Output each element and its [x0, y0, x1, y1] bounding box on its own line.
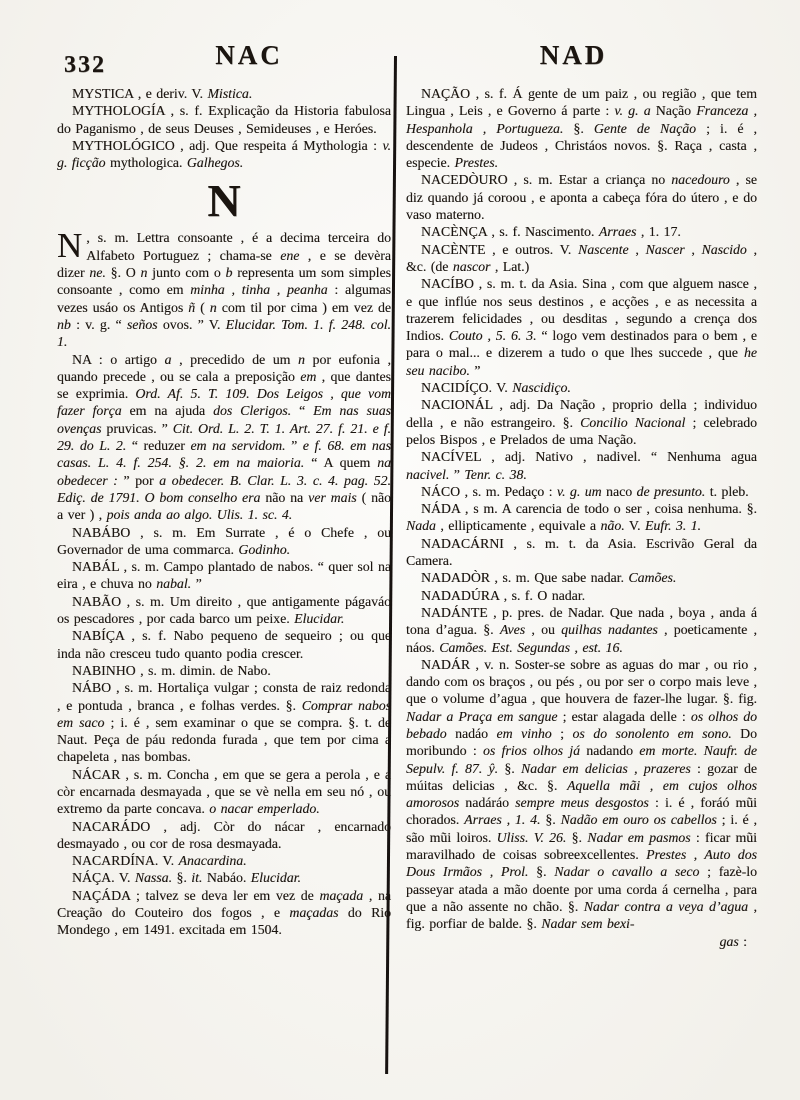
- dictionary-entry: NACIONÁL , adj. Da Nação , proprio della…: [406, 396, 757, 448]
- right-column-entries: NAÇÃO , s. f. Á gente de um paiz , ou re…: [406, 85, 757, 933]
- dictionary-entry: NÁÇA. V. Nassa. §. it. Nabáo. Elucidar.: [57, 869, 391, 886]
- left-column-intro: MYSTICA , e deriv. V. Mistica.MYTHOLOGÍA…: [57, 85, 391, 171]
- dictionary-entry: NACÈNTE , e outros. V. Nascente , Nascer…: [406, 241, 757, 276]
- running-head-right: NAD: [398, 40, 749, 71]
- dictionary-entry: NABÁBO , s. m. Em Surrate , é o Chefe , …: [57, 524, 391, 559]
- dictionary-entry: MYTHOLOGÍA , s. f. Explicação da Histori…: [57, 102, 391, 137]
- dictionary-entry: NACEDÒURO , s. m. Estar a criança no nac…: [406, 171, 757, 223]
- left-column-entries: N , s. m. Lettra consoante , é a decima …: [57, 229, 391, 938]
- dictionary-entry: NACÈNÇA , s. f. Nascimento. Arraes , 1. …: [406, 223, 757, 240]
- dictionary-entry: NAÇÃO , s. f. Á gente de um paiz , ou re…: [406, 85, 757, 171]
- drop-cap-letter: N: [57, 229, 86, 261]
- dictionary-entry: NADADÒR , s. m. Que sabe nadar. Camões.: [406, 569, 757, 586]
- dictionary-entry: NÁCAR , s. m. Concha , em que se gera a …: [57, 766, 391, 818]
- dictionary-entry: NACÍBO , s. m. t. da Asia. Sina , com qu…: [406, 275, 757, 379]
- dictionary-entry: NA : o artigo a , precedido de um n por …: [57, 351, 391, 524]
- dictionary-entry: NABINHO , s. m. dimin. de Nabo.: [57, 662, 391, 679]
- dictionary-entry: NÁCO , s. m. Pedaço : v. g. um naco de p…: [406, 483, 757, 500]
- dictionary-page: 332 NAC NAD MYSTICA , e deriv. V. Mistic…: [0, 0, 800, 1100]
- right-column: NAÇÃO , s. f. Á gente de um paiz , ou re…: [406, 85, 757, 950]
- dictionary-entry: NADACÁRNI , s. m. t. da Asia. Escrivão G…: [406, 535, 757, 570]
- dictionary-entry: NAÇÁDA ; talvez se deva ler em vez de ma…: [57, 887, 391, 939]
- dictionary-entry: MYSTICA , e deriv. V. Mistica.: [57, 85, 391, 102]
- dictionary-entry: NACARÁDO , adj. Còr do nácar , encarnado…: [57, 818, 391, 853]
- dictionary-entry: NÁBO , s. m. Hortaliça vulgar ; consta d…: [57, 679, 391, 765]
- catchword: gas :: [406, 933, 757, 950]
- section-letter-heading: N: [57, 178, 391, 224]
- dictionary-entry: NADÁR , v. n. Soster-se sobre as aguas d…: [406, 656, 757, 933]
- dictionary-entry: NADÁNTE , p. pres. de Nadar. Que nada , …: [406, 604, 757, 656]
- dictionary-entry: MYTHOLÓGICO , adj. Que respeita á Mythol…: [57, 137, 391, 172]
- dictionary-entry: NACIDÍÇO. V. Nascidiço.: [406, 379, 757, 396]
- dictionary-entry: N , s. m. Lettra consoante , é a decima …: [57, 229, 391, 350]
- dictionary-entry: NABÁL , s. m. Campo plantado de nabos. “…: [57, 558, 391, 593]
- running-head-left: NAC: [82, 40, 416, 71]
- dictionary-entry: NABÍÇA , s. f. Nabo pequeno de sequeiro …: [57, 627, 391, 662]
- dictionary-entry: NACÍVEL , adj. Nativo , nadivel. “ Nenhu…: [406, 448, 757, 483]
- left-column: MYSTICA , e deriv. V. Mistica.MYTHOLOGÍA…: [57, 85, 391, 939]
- dictionary-entry: NÁDA , s m. A carencia de todo o ser , c…: [406, 500, 757, 535]
- dictionary-entry: NADADÚRA , s. f. O nadar.: [406, 587, 757, 604]
- dictionary-entry: NACARDÍNA. V. Anacardina.: [57, 852, 391, 869]
- dictionary-entry: NABÃO , s. m. Um direito , que antigamen…: [57, 593, 391, 628]
